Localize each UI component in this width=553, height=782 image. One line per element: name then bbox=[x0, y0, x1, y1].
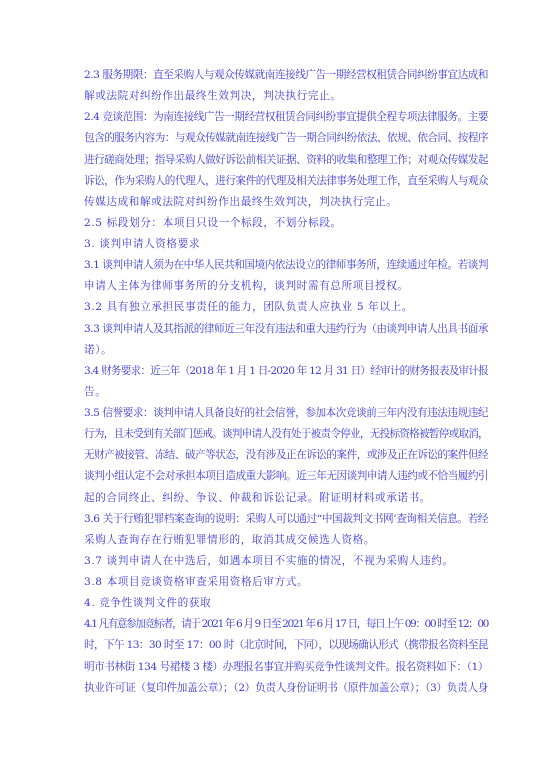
document-line: 明市书林街 134 号裙楼 3 楼）办理报名事宜并购买竞争性谈判文件。报名资料如… bbox=[84, 657, 488, 678]
document-line: 3. 谈判申请人资格要求 bbox=[84, 234, 488, 255]
document-line: 3.7 谈判申请人在中选后，如遇本项目不实施的情况，不视为采购人违约。 bbox=[84, 551, 488, 572]
document-body: 2.3 服务期限：直至采购人与观众传媒就南连接线广告一期经营权租赁合同纠纷事宜达… bbox=[84, 65, 488, 699]
document-line: 3.1 谈判申请人须为在中华人民共和国境内依法设立的律师事务所，连续通过年检。若… bbox=[84, 255, 488, 276]
document-line: 2.5 标段划分：本项目只设一个标段，不划分标段。 bbox=[84, 213, 488, 234]
document-line: 诉讼，作为采购人的代理人，进行案件的代理及相关法律事务处理工作，直至采购人与观众 bbox=[84, 171, 488, 192]
document-line: 3.8 本项目竞谈资格审查采用资格后审方式。 bbox=[84, 572, 488, 593]
document-line: 传媒达成和解或法院对纠纷作出最终生效判决，判决执行完止。 bbox=[84, 192, 488, 213]
document-line: 包含的服务内容为：与观众传媒就南连接线广告一期合同纠纷依法、依规、依合同、按程序 bbox=[84, 128, 488, 149]
document-page: 2.3 服务期限：直至采购人与观众传媒就南连接线广告一期经营权租赁合同纠纷事宜达… bbox=[0, 0, 553, 782]
document-line: 2.4 竞谈范围：为南连接线广告一期经营权租赁合同纠纷事宜提供全程专项法律服务。… bbox=[84, 107, 488, 128]
document-line: 无财产被接管、冻结、破产等状态，没有涉及正在诉讼的案件，或涉及正在诉讼的案件但经 bbox=[84, 445, 488, 466]
document-line: 3.3 谈判申请人及其指派的律师近三年没有违法和重大违约行为（由谈判申请人出具书… bbox=[84, 319, 488, 340]
document-line: 3.4 财务要求：近三年（2018 年 1 月 1 日-2020 年 12 月 … bbox=[84, 361, 488, 382]
document-line: 告。 bbox=[84, 382, 488, 403]
document-line: 时，下午 13：30 时至 17：00 时（北京时间，下同），以现场确认形式（携… bbox=[84, 635, 488, 656]
document-line: 谈判小组认定不会对承担本项目造成重大影响。近三年无因谈判申请人违约或不恰当履约引 bbox=[84, 466, 488, 487]
document-line: 执业许可证（复印件加盖公章）；（2）负责人身份证明书（原件加盖公章）；（3）负责… bbox=[84, 678, 488, 699]
document-line: 3.6 关于行贿犯罪档案查询的说明：采购人可以通过“中国裁判文书网’查询相关信息… bbox=[84, 509, 488, 530]
document-line: 解或法院对纠纷作出最终生效判决，判决执行完止。 bbox=[84, 86, 488, 107]
document-line: 3.5 信誉要求：谈判申请人具备良好的社会信誉，参加本次竞谈前三年内没有违法违规… bbox=[84, 403, 488, 424]
document-line: 起的合同终止、纠纷、争议、仲裁和诉讼记录。附证明材料或承诺书。 bbox=[84, 488, 488, 509]
document-line: 诺）。 bbox=[84, 340, 488, 361]
document-line: 4.1 凡有意参加竞标者，请于 2021 年 6 月 9 日至 2021 年 6… bbox=[84, 614, 488, 635]
document-line: 进行磋商处理；指导采购人做好诉讼前相关证据、资料的收集和整理工作；对观众传媒发起 bbox=[84, 150, 488, 171]
document-line: 3.2 具有独立承担民事责任的能力，团队负责人应执业 5 年以上。 bbox=[84, 297, 488, 318]
document-line: 4. 竞争性谈判文件的获取 bbox=[84, 593, 488, 614]
document-line: 采购人查询存在行贿犯罪情形的，取消其成交候选人资格。 bbox=[84, 530, 488, 551]
document-line: 行为，且未受到有关部门惩戒。谈判申请人没有处于被责令停业，无投标资格被暂停或取消… bbox=[84, 424, 488, 445]
document-line: 2.3 服务期限：直至采购人与观众传媒就南连接线广告一期经营权租赁合同纠纷事宜达… bbox=[84, 65, 488, 86]
document-line: 申请人主体为律师事务所的分支机构，谈判时需有总所项目授权。 bbox=[84, 276, 488, 297]
